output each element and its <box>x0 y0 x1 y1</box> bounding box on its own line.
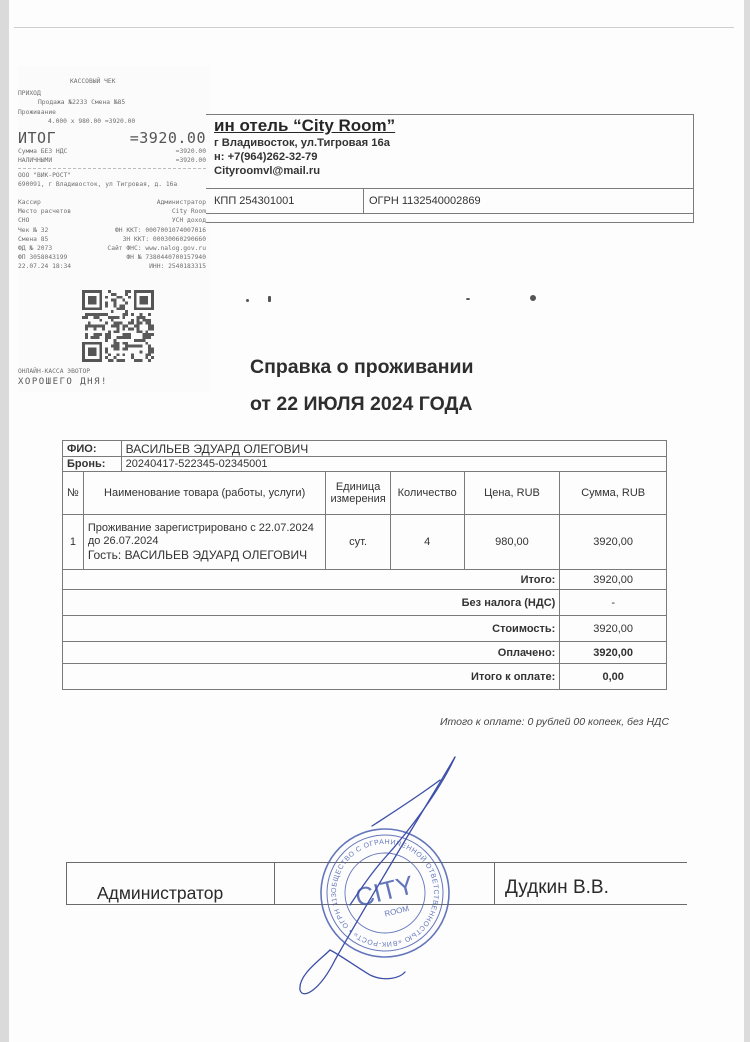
stamp-and-signature: ОБЩЕСТВО С ОГРАНИЧЕННОЙ ОТВЕТСТВЕННОСТЬЮ… <box>0 0 750 1042</box>
svg-text:ROOM: ROOM <box>384 904 411 919</box>
company-stamp: ОБЩЕСТВО С ОГРАНИЧЕННОЙ ОТВЕТСТВЕННОСТЬЮ… <box>0 0 449 957</box>
svg-text:ОБЩЕСТВО С ОГРАНИЧЕННОЙ ОТВЕТС: ОБЩЕСТВО С ОГРАНИЧЕННОЙ ОТВЕТСТВЕННОСТЬЮ… <box>0 0 439 947</box>
